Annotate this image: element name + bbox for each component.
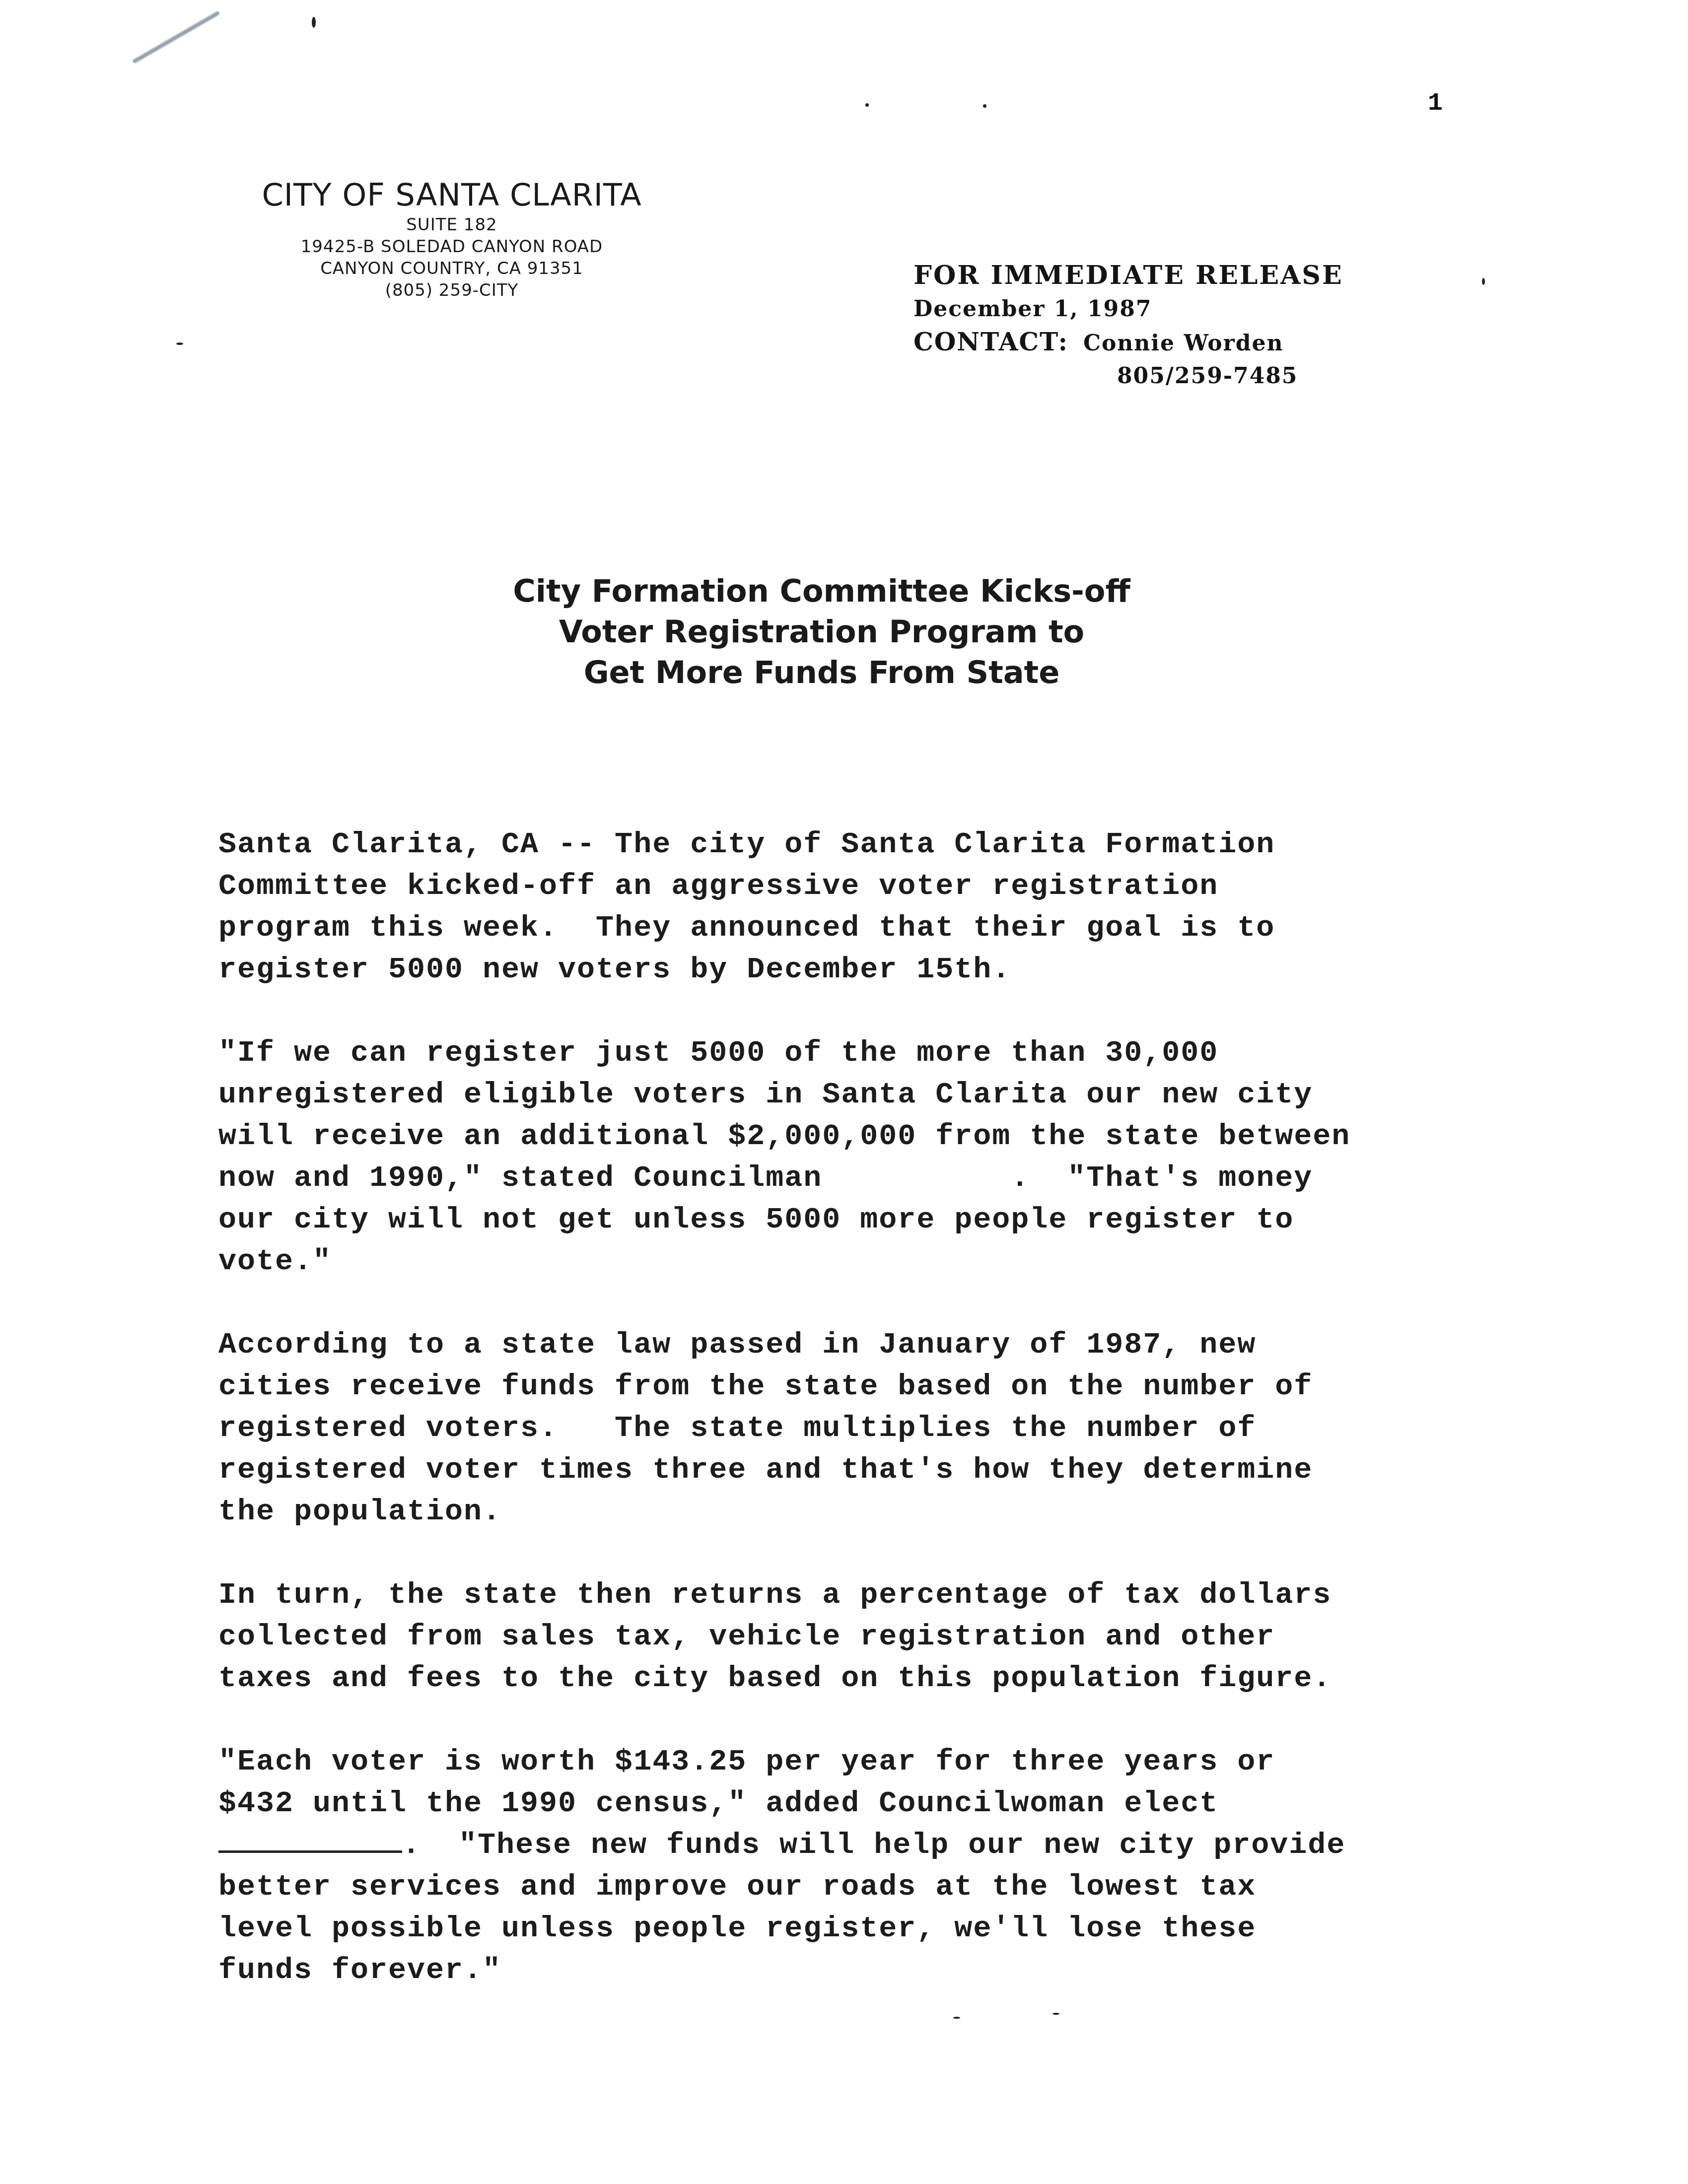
- speck: [865, 103, 869, 107]
- staple-mark: [132, 10, 220, 65]
- headline-line-1: City Formation Committee Kicks-off: [467, 571, 1177, 612]
- letterhead: CITY OF SANTA CLARITA SUITE 182 19425-B …: [179, 176, 725, 301]
- speck: [953, 2017, 960, 2019]
- paragraph-2: "If we can register just 5000 of the mor…: [218, 1032, 1460, 1283]
- paragraph-3: According to a state law passed in Janua…: [218, 1324, 1460, 1533]
- contact-name: Connie Worden: [1083, 331, 1283, 356]
- speck: [1482, 278, 1485, 285]
- contact-label: CONTACT:: [914, 327, 1068, 356]
- page-number: 1: [1428, 89, 1443, 118]
- speck: [1053, 2013, 1059, 2015]
- address-suite: SUITE 182: [179, 214, 725, 236]
- paragraph-5-part-a: "Each voter is worth $143.25 per year fo…: [218, 1745, 1275, 1821]
- organization-phone: (805) 259-CITY: [179, 279, 725, 301]
- speck: [176, 342, 183, 345]
- release-date: December 1, 1987: [914, 293, 1343, 326]
- headline-line-2: Voter Registration Program to: [467, 612, 1177, 652]
- contact-phone: 805/259-7485: [1117, 360, 1343, 393]
- paragraph-1: Santa Clarita, CA -- The city of Santa C…: [218, 824, 1460, 991]
- press-release-page: 1 CITY OF SANTA CLARITA SUITE 182 19425-…: [0, 0, 1688, 2184]
- organization-name: CITY OF SANTA CLARITA: [179, 176, 725, 214]
- contact-line: CONTACT:Connie Worden: [914, 326, 1343, 360]
- paragraph-4: In turn, the state then returns a percen…: [218, 1574, 1460, 1700]
- speck: [983, 104, 986, 108]
- address-city: CANYON COUNTRY, CA 91351: [179, 258, 725, 279]
- release-title: FOR IMMEDIATE RELEASE: [914, 258, 1343, 293]
- paragraph-5: "Each voter is worth $143.25 per year fo…: [218, 1741, 1460, 1991]
- body-text: Santa Clarita, CA -- The city of Santa C…: [218, 824, 1460, 2033]
- release-block: FOR IMMEDIATE RELEASE December 1, 1987 C…: [914, 258, 1343, 393]
- speck: [312, 17, 316, 28]
- headline: City Formation Committee Kicks-off Voter…: [467, 571, 1177, 693]
- address-street: 19425-B SOLEDAD CANYON ROAD: [179, 236, 725, 258]
- blank-name-line: [218, 1831, 402, 1853]
- headline-line-3: Get More Funds From State: [467, 652, 1177, 693]
